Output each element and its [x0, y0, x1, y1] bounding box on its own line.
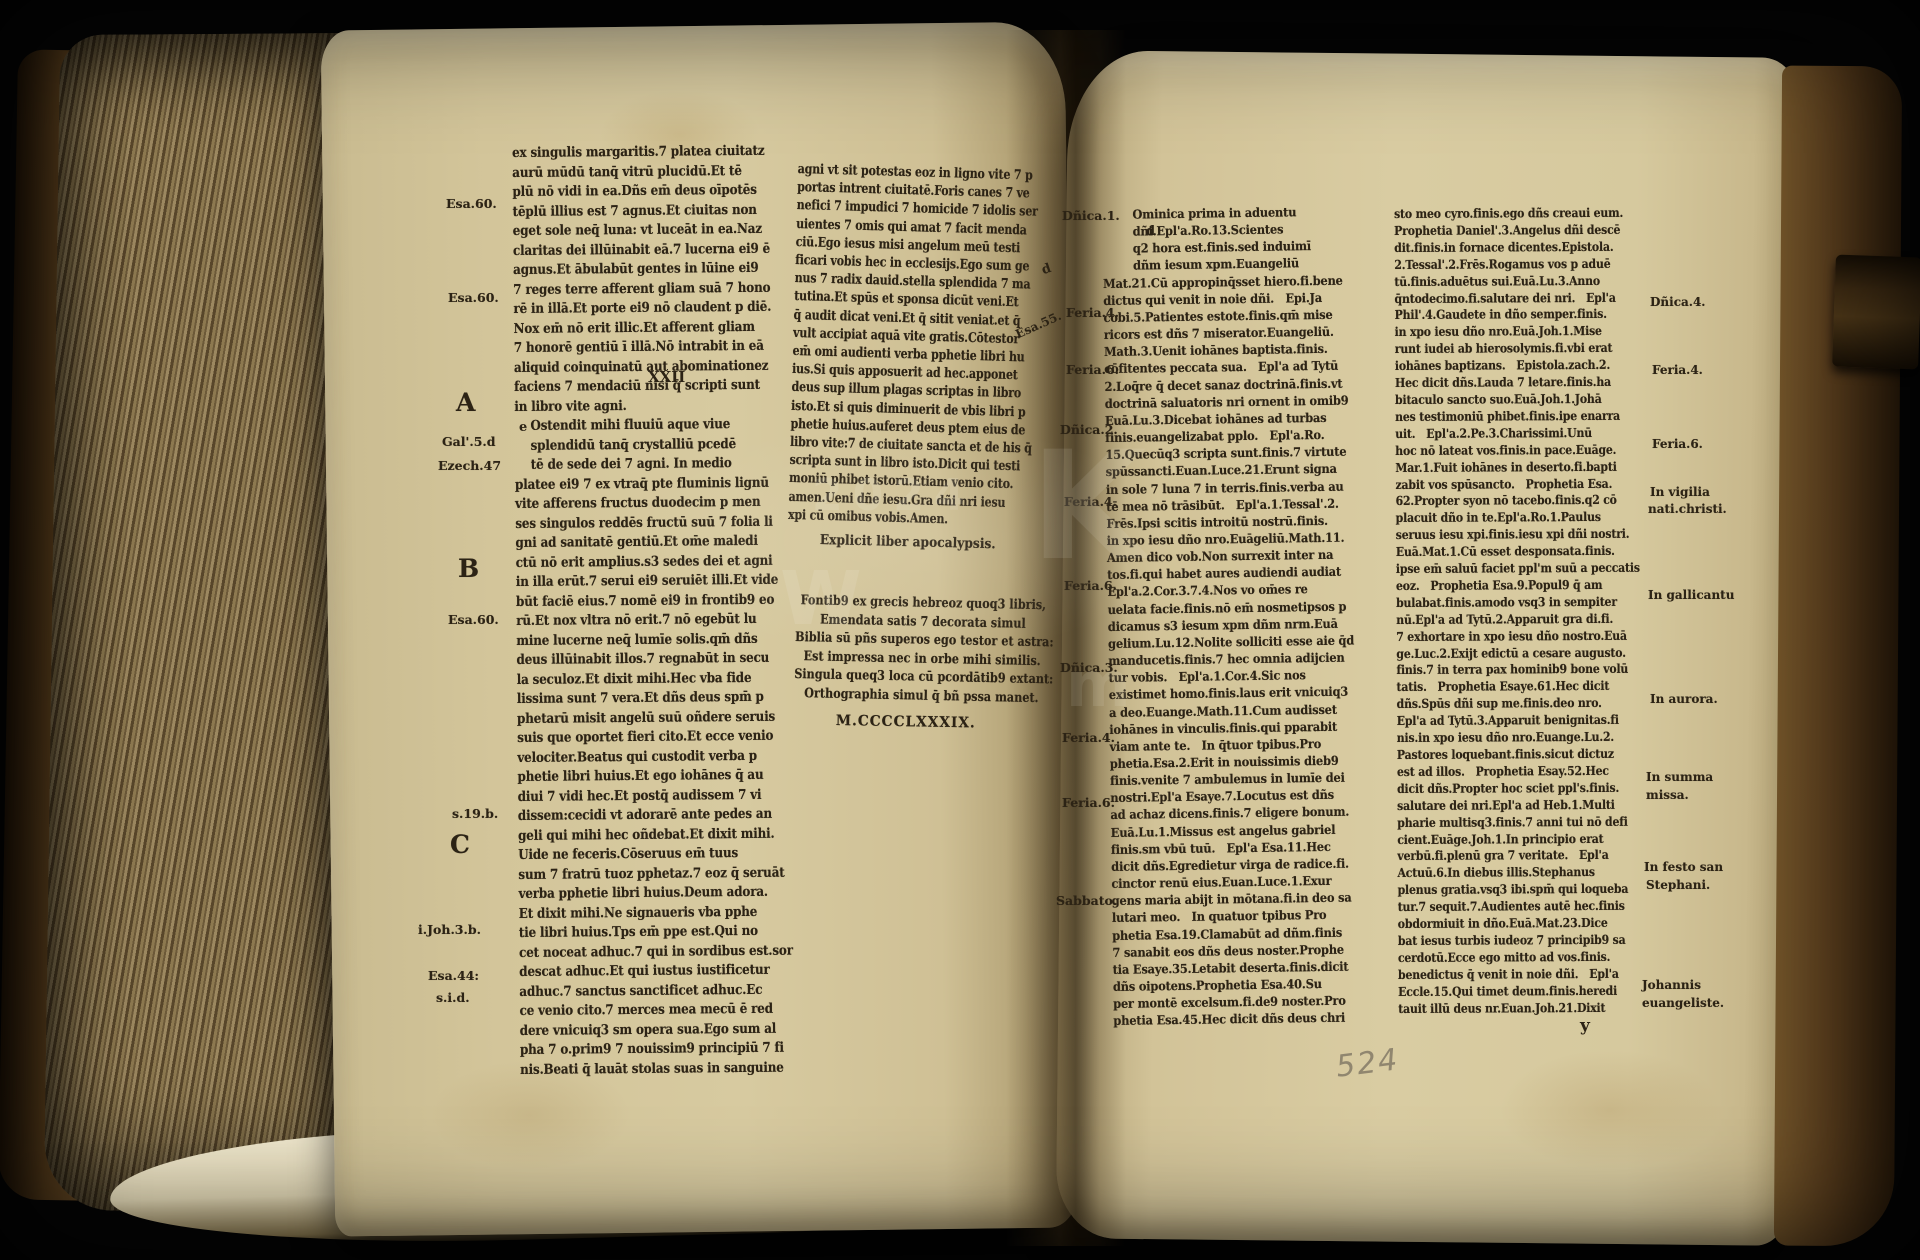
text-line: bulabat.finis.amodo vsq3 in sempiter [1396, 594, 1640, 612]
text-line: nis.Beati q̄ lauāt stolas suas in sangui… [520, 1058, 794, 1080]
text-line: tur.7 sequit.7.Audientes autē hec.finis [1398, 898, 1642, 916]
text-line: ctū nō erit amplius.s3 sedes dei et agni [516, 551, 790, 573]
text-line: geli qui mihi hec oñdebat.Et dixit mihi. [518, 824, 792, 846]
text-line: vite afferens fructus duodecim p men [515, 493, 789, 515]
text-line: dit.finis.in fornace dicentes.Epistola. [1394, 239, 1638, 257]
text-line: Nox em̄ nō erit illic.Et afferent gliam [514, 317, 788, 339]
text-line: verba pphetie libri huius.Deum adora. [518, 883, 792, 905]
text-line: hoc nō lateat vos.finis.in pace.Euāge. [1395, 441, 1639, 459]
text-line: tia Esaye.35.Letabit deserta.finis.dicit [1113, 957, 1359, 978]
text-line: deus illūinabit illos.7 regnabūt in secu [516, 649, 790, 671]
text-line: phetie libri huius.Et ego iohānes q̄ au [517, 766, 791, 788]
chapter-number-xxii: XXII [648, 368, 685, 386]
text-line: tauit illū deus nr.Euan.Joh.21.Dixit [1398, 999, 1642, 1017]
text-line: gni ad sanitatē gentiū.Et om̄e maledi [515, 532, 789, 554]
text-line: rē in illā.Et porte ei9 nō claudent p di… [513, 298, 787, 320]
text-line: Prophetia Daniel'.3.Angelus dñi descē [1394, 222, 1638, 240]
text-line: nis.in xpo iesu dño nro.Euange.Lu.2. [1397, 729, 1641, 747]
text-line: Et dixit mihi.Ne signaueris vba pphe [519, 902, 793, 924]
text-line: eget sole neq̄ luna: vt luceāt in ea.Naz [513, 220, 787, 242]
left-page-column-2-apocalypse-text: agni vt sit potestas eoz in ligno vite 7… [788, 160, 1040, 531]
text-line: platee ei9 7 ex vtraq̄ pte fluminis lign… [515, 473, 789, 495]
text-line: ipse em̄ saluū faciet ppl'm suū a peccat… [1396, 560, 1640, 578]
text-line: plenus gratia.vsq3 ibi.spm̄ qui loqueba [1398, 881, 1642, 899]
text-line: sto meo cyro.finis.ego dñs creaui eum. [1394, 205, 1638, 223]
text-line: claritas dei illūinabit eā.7 lucerna ei9… [513, 239, 787, 261]
text-line: sum 7 fratrū tuoz pphetaz.7 eoz q̄ seruā… [518, 863, 792, 885]
text-line: la seculoz.Et dixit mihi.Hec vba fide [517, 668, 791, 690]
text-line: Hec dicit dñs.Lauda 7 letare.finis.ha [1395, 374, 1639, 392]
text-line: in xpo iesu dño nro.Euā.Joh.1.Mise [1395, 323, 1639, 341]
text-line: dicit dñs.Propter hoc sciet ppl's.finis. [1397, 780, 1641, 798]
text-line: runt iudei ab hierosolymis.fi.vbi erat [1395, 340, 1639, 358]
text-line: tē de sede dei 7 agni. In medio [515, 454, 789, 476]
page-edge-stack [44, 33, 360, 1211]
text-line: 7 honorē gentiū ī illā.Nō intrabit in eā [514, 337, 788, 359]
text-line: iohānes baptizans. Epistola.zach.2. [1395, 357, 1639, 375]
text-line: Actuū.6.In diebus illis.Stephanus [1397, 864, 1641, 882]
text-line: Euā.Mat.1.Cū esset desponsata.finis. [1396, 543, 1640, 561]
text-line: tēplū illius est 7 agnus.Et ciuitas non [513, 200, 787, 222]
text-line: Eccle.15.Qui timet deum.finis.heredi [1398, 982, 1642, 1000]
text-line: in libro vite agni. [514, 395, 788, 417]
text-line: tatis. Prophetia Esaye.61.Hec dicit [1396, 678, 1640, 696]
text-line: 7 exhortare in xpo iesu dño nostro.Euā [1396, 627, 1640, 645]
text-line: pha 7 o.prim9 7 nouissim9 principiū 7 fi [520, 1039, 794, 1061]
text-line: phetarū misit angelū suū oñdere seruis [517, 707, 791, 729]
text-line: placuit dño in te.Epl'a.Ro.1.Paulus [1396, 509, 1640, 527]
text-line: q̄ntodecimo.fi.salutare dei nri. Epl'a [1394, 289, 1638, 307]
colophon-verse: Fontib9 ex grecis hebreoz quoq3 libris,E… [794, 592, 1051, 709]
text-line: est ad illos. Prophetia Esay.52.Hec [1397, 763, 1641, 781]
text-line: cerdotū.Ecce ego mitto ad vos.finis. [1398, 949, 1642, 967]
text-line: dñs.Spūs dñi sup me.finis.deo nro. [1397, 695, 1641, 713]
rubricator-guide-letter: d [1146, 224, 1155, 239]
text-line: pharie multisq3.finis.7 anni tui nō defi [1397, 813, 1641, 831]
text-line: suis que oportet fieri cito.Et ecce veni… [517, 727, 791, 749]
text-line: diui 7 vidi hec.Et postq̄ audissem 7 vi [518, 785, 792, 807]
text-line: 2.Tessal'.2.Frēs.Rogamus vos p aduē [1394, 255, 1638, 273]
text-line: verbū.fi.plenū gra 7 veritate. Epl'a [1397, 847, 1641, 865]
text-line: Mar.1.Fuit iohānes in deserto.fi.bapti [1395, 458, 1639, 476]
text-line: 62.Propter syon nō tacebo.finis.q2 cō [1396, 492, 1640, 510]
text-line: nū.Epl'a ad Tytū.2.Apparuit gra di.fi. [1396, 610, 1640, 628]
text-line: descat adhuc.Et qui iustus iustificetur [519, 961, 793, 983]
leather-clasp-strap [1832, 255, 1920, 370]
text-line: Phil'.4.Gaudete in dño semper.finis. [1395, 306, 1639, 324]
left-page-column-1-apocalypse-text: ex singulis margaritis.7 platea ciuitatz… [512, 142, 794, 1080]
text-line: dere vnicuiq3 sm opera sua.Ego sum al [520, 1019, 794, 1041]
text-line: Ostendit mihi fluuiū aque viue [514, 415, 788, 437]
text-line: ses singulos reddēs fructū suū 7 folia l… [515, 512, 789, 534]
text-line: aurū mūdū tanq̄ vitrū plucidū.Et tē [512, 161, 786, 183]
text-line: phetia Esa.45.Hec dicit dñs deus chri [1113, 1009, 1359, 1030]
text-line: finis.7 in terra pax hominib9 bone volū [1396, 661, 1640, 679]
photo-of-open-incunabulum: ex singulis margaritis.7 platea ciuitatz… [0, 0, 1920, 1260]
text-line: dissem:cecidi vt adorarē ante pedes an [518, 805, 792, 827]
text-line: lissima sunt 7 vera.Et dñs deus spm̄ p [517, 688, 791, 710]
text-line: splendidū tanq̄ crystalliū pcedē [515, 434, 789, 456]
text-line: ce venio cito.7 merces mea mecū ē red [519, 1000, 793, 1022]
right-page-column-1-pericope-register: Ominica prima in aduentu dñi.Epl'a.Ro.13… [1102, 203, 1359, 1030]
quire-signature-mark: y [1580, 1016, 1590, 1036]
text-line: zabit vos spūsancto. Prophetia Esa. [1395, 475, 1639, 493]
text-line: mine lucerne neq̄ lumīe solis.qm̄ dñs [516, 629, 790, 651]
text-line: būt faciē eius.7 nomē ei9 in frontib9 eo [516, 590, 790, 612]
text-line: bat iesus turbis iudeoz 7 principib9 sa [1398, 932, 1642, 950]
right-leather-cover [1774, 66, 1902, 1247]
text-line: agnus.Et ābulabūt gentes in lūine ei9 [513, 259, 787, 281]
text-line: rū.Et nox vltra nō erit.7 nō egebūt lu [516, 610, 790, 632]
rubricator-guide-letter: e [519, 420, 527, 435]
text-line: plū nō vidi in ea.Dñs em̄ deus oīpotēs [512, 181, 786, 203]
text-line: salutare dei nri.Epl'a ad Heb.1.Multi [1397, 796, 1641, 814]
text-line: Uide ne feceris.Cōseruus em̄ tuus [518, 844, 792, 866]
text-line: 7 reges terre afferent gliam suā 7 hono [513, 278, 787, 300]
colophon-date-1489: M.CCCCLXXXIX. [836, 712, 976, 731]
text-line: Pastores loquebant.finis.sicut dictuz [1397, 746, 1641, 764]
text-line: ge.Luc.2.Exijt edictū a cesare augusto. [1396, 644, 1640, 662]
text-line: uit. Epl'a.2.Pe.3.Charissimi.Unū [1395, 425, 1639, 443]
text-line: eoz. Prophetia Esa.9.Popul9 q̄ am [1396, 577, 1640, 595]
text-line: tie libri huius.Tps em̄ ppe est.Qui no [519, 922, 793, 944]
text-line: adhuc.7 sanctus sanctificet adhuc.Ec [519, 980, 793, 1002]
text-line: cet noceat adhuc.7 qui in sordibus est.s… [519, 941, 793, 963]
text-line: in illa erūt.7 serui ei9 seruiēt illi.Et… [516, 571, 790, 593]
text-line: bitaculo sancto suo.Euā.Joh.1.Johā [1395, 391, 1639, 409]
text-line: nes testimoniū phibet.finis.ipe enarra [1395, 408, 1639, 426]
text-line: ex singulis margaritis.7 platea ciuitatz [512, 142, 786, 164]
text-line: tū.finis.aduētus sui.Euā.Lu.3.Anno [1394, 272, 1638, 290]
text-line: benedictus q̄ venit in noie dñi. Epl'a [1398, 965, 1642, 983]
text-line: velociter.Beatus qui custodit verba p [517, 746, 791, 768]
text-line: seruus iesu xpi.finis.iesu xpi dñi nostr… [1396, 526, 1640, 544]
text-line: obdormiuit in dño.Euā.Mat.23.Dice [1398, 915, 1642, 933]
text-line: Epl'a ad Tytū.3.Apparuit benignitas.fi [1397, 712, 1641, 730]
text-line: cient.Euāge.Joh.1.In principio erat [1397, 830, 1641, 848]
right-page-column-2-pericope-register: sto meo cyro.finis.ego dñs creaui eum.Pr… [1394, 205, 1642, 1018]
